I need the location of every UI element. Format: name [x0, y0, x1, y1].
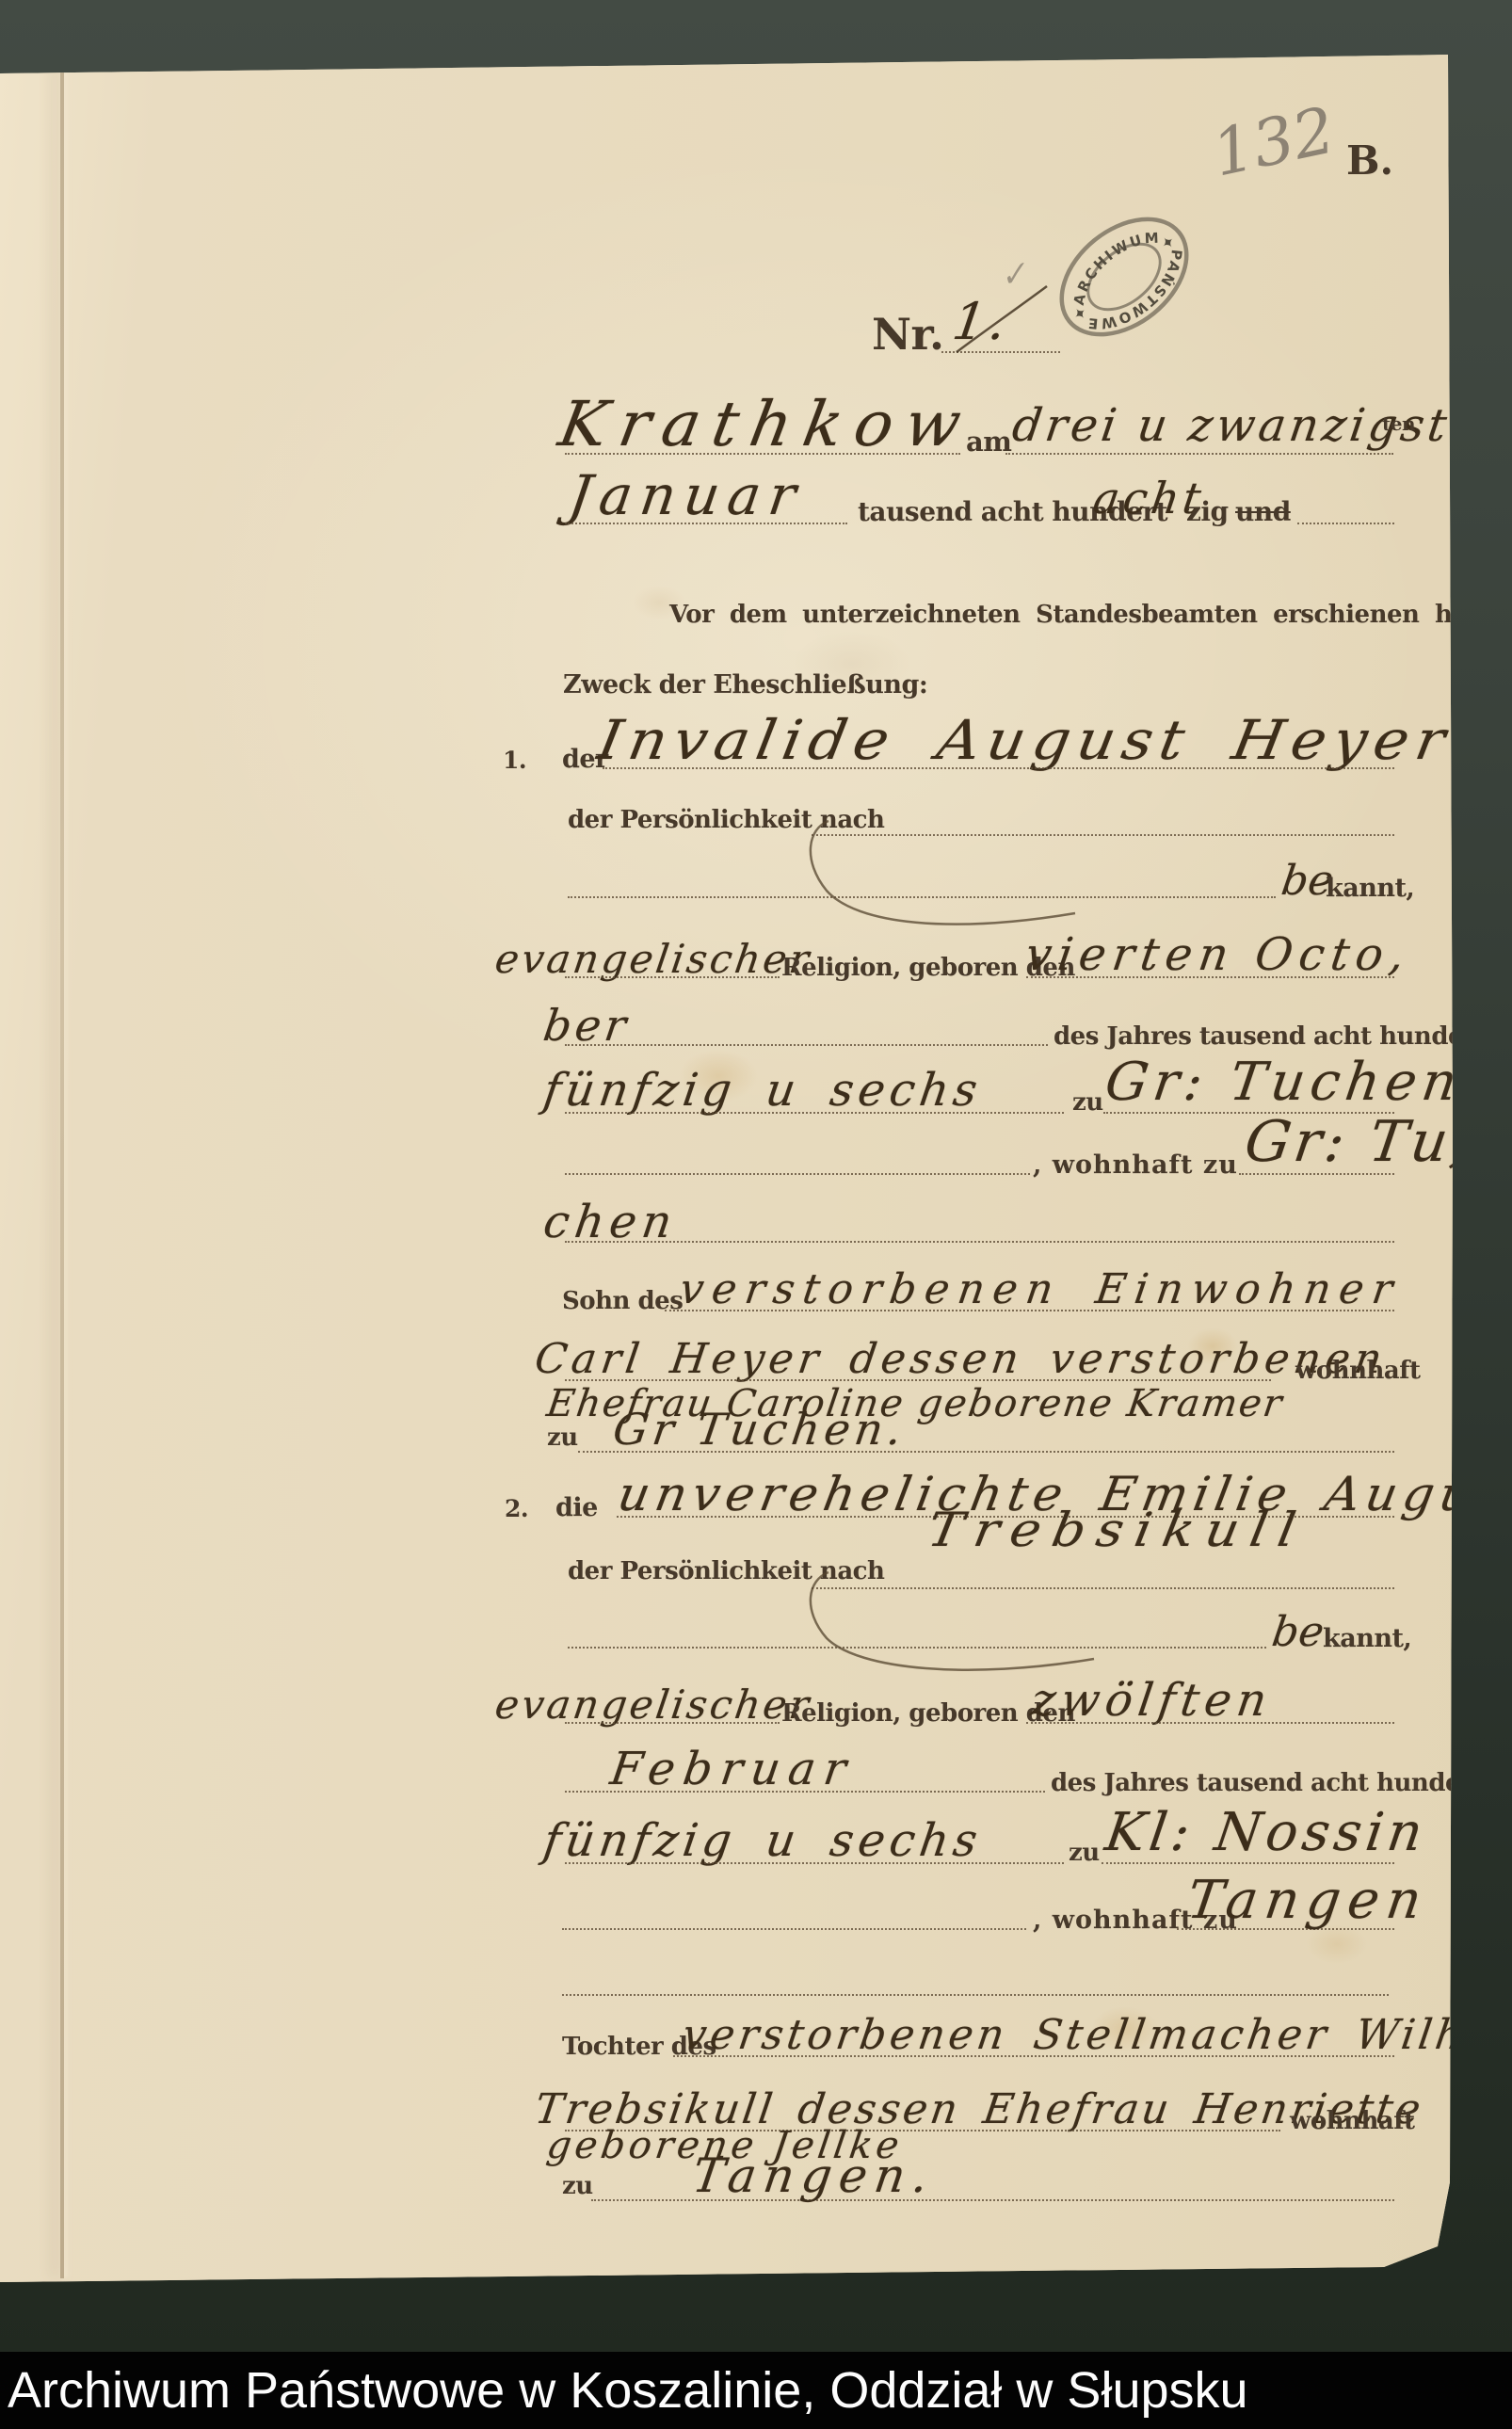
pen-flourish — [800, 812, 1092, 943]
bride-zu2-label: zu — [562, 2172, 593, 2200]
groom-birth-day: vierten Octo, — [1022, 928, 1414, 981]
document-page: 132 B. ✓ ARCHIWUM PAŃSTWOWE ✦ ✦ Nr. — [0, 0, 1456, 2282]
dotted-line — [565, 1791, 1045, 1793]
intro-line-2: Zweck der Eheschließung: — [563, 670, 927, 700]
groom-birth-place: Gr: Tuchen — [1102, 1052, 1466, 1113]
dotted-line — [1026, 1722, 1394, 1724]
bride-year-label: des Jahres tausend acht hundert — [1051, 1769, 1484, 1797]
scanned-registry-photo: 132 B. ✓ ARCHIWUM PAŃSTWOWE ✦ ✦ Nr. — [0, 0, 1512, 2429]
groom-kannt: kannt, — [1326, 874, 1414, 903]
bride-birth-day: zwölften — [1028, 1674, 1276, 1727]
bride-be: be — [1269, 1608, 1327, 1656]
dotted-line — [565, 453, 960, 455]
bride-birth-month: Februar — [607, 1743, 858, 1795]
groom-residence: Gr: Tu, — [1241, 1109, 1477, 1175]
page-fold-line — [60, 66, 64, 2278]
archive-caption-bar: Archiwum Państwowe w Koszalinie, Oddział… — [0, 2352, 1512, 2429]
opening-year-struck: und — [1235, 496, 1291, 527]
pencil-page-number: 132 — [1206, 93, 1341, 191]
dotted-line — [565, 1379, 1271, 1381]
dotted-line — [1005, 453, 1393, 455]
dotted-line — [565, 1044, 1048, 1046]
bride-birth-year: fünfzig u sechs — [540, 1814, 985, 1867]
groom-zu-label: zu — [1072, 1088, 1103, 1117]
dotted-line — [565, 1112, 1064, 1114]
opening-year-suffix: zig — [1186, 496, 1229, 527]
groom-wohnhaft-zu-label: , wohnhaft zu — [1033, 1150, 1238, 1180]
groom-parents-place: Gr Tuchen. — [610, 1404, 909, 1455]
bride-wohnhaft-label: wohnhaft — [1290, 2107, 1414, 2135]
dotted-line — [562, 1994, 1389, 1996]
series-letter: B. — [1346, 137, 1393, 184]
opening-place: Krathkow — [554, 388, 979, 460]
dotted-line — [562, 1928, 1026, 1930]
archive-caption-text: Archiwum Państwowe w Koszalinie, Oddział… — [8, 2361, 1248, 2420]
groom-index: 1. — [503, 747, 526, 774]
bride-name-2: Trebsikull — [924, 1503, 1311, 1557]
dotted-line — [1026, 976, 1394, 978]
bride-kannt: kannt, — [1323, 1624, 1411, 1653]
bride-index: 2. — [505, 1495, 528, 1522]
groom-religion: evangelischer — [492, 936, 814, 982]
dotted-line — [565, 1722, 780, 1724]
bride-birth-place: Kl: Nossin — [1102, 1802, 1431, 1863]
bride-religion: evangelischer — [492, 1681, 814, 1728]
intro-line-1: Vor dem unterzeichneten Standesbeamten e… — [669, 601, 1512, 629]
opening-month: Januar — [565, 463, 808, 527]
pen-flourish — [800, 1565, 1111, 1687]
dotted-line — [565, 1241, 1394, 1243]
dotted-line — [565, 523, 847, 524]
opening-day-suffix: ten — [1382, 412, 1415, 435]
groom-birth-day-2: ber — [540, 1000, 633, 1051]
groom-year-label: des Jahres tausend acht hundert — [1054, 1022, 1487, 1051]
dotted-line — [603, 767, 1394, 769]
groom-zu2-label: zu — [547, 1424, 578, 1452]
dotted-line — [565, 1173, 1030, 1175]
bride-father: verstorbenen Stellmacher Wilhelm — [680, 2011, 1512, 2059]
dotted-line — [568, 896, 1276, 898]
dotted-line — [565, 976, 780, 978]
dotted-line — [568, 1647, 1266, 1649]
bride-zu-label: zu — [1069, 1839, 1100, 1867]
groom-father-2: Carl Heyer dessen verstorbenen — [532, 1335, 1390, 1383]
bride-residence: Tangen — [1183, 1870, 1433, 1931]
dotted-line — [1297, 523, 1394, 524]
groom-wohnhaft-label: wohnhaft — [1295, 1357, 1420, 1385]
groom-name: Invalide August Heyer — [593, 708, 1457, 772]
dotted-line — [565, 1862, 1064, 1864]
bride-parents-place: Tangen. — [689, 2148, 939, 2203]
pen-flourish — [949, 282, 1053, 358]
record-number-label: Nr. — [872, 309, 944, 360]
bride-article: die — [555, 1493, 598, 1522]
groom-birth-year: fünfzig u sechs — [540, 1064, 985, 1117]
groom-father: verstorbenen Einwohner — [677, 1265, 1404, 1313]
